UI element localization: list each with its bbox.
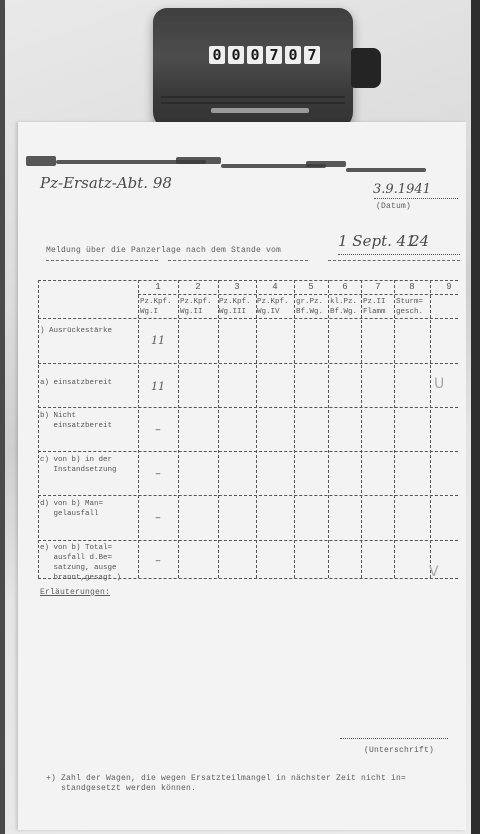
title-underline — [328, 260, 460, 261]
table-cell: – — [139, 554, 177, 567]
explanations-label: Erläuterungen: — [40, 588, 110, 597]
margin-mark: V — [429, 564, 439, 580]
table-rule — [361, 280, 362, 578]
as-of-time: 24 — [410, 232, 429, 250]
column-number: 2 — [183, 282, 213, 292]
column-number: 7 — [363, 282, 393, 292]
table-rule — [38, 280, 39, 578]
column-number: 4 — [260, 282, 290, 292]
column-number: 3 — [222, 282, 252, 292]
report-title: Meldung über die Panzerlage nach dem Sta… — [46, 246, 281, 255]
table-rule — [256, 280, 257, 578]
column-header: Pz.Kpf. Wg.IV — [257, 297, 289, 317]
column-header: Sturm= gesch. — [396, 297, 423, 317]
signature-dotted-line — [340, 738, 448, 739]
counter-digit: 0 — [209, 46, 225, 64]
table-rule — [178, 280, 179, 578]
counter-digit: 0 — [247, 46, 263, 64]
date-dotted-line — [374, 198, 458, 199]
as-of-dotted-line — [338, 254, 460, 255]
counter-digit: 0 — [228, 46, 244, 64]
table-cell: 11 — [139, 334, 177, 347]
column-header: Pz.Kpf. Wg.II — [180, 297, 212, 317]
table-rule — [38, 451, 458, 452]
table-rule — [328, 280, 329, 578]
counter-rib — [161, 96, 345, 98]
tank-status-table: 1 2 3 4 5 6 7 8 9 Pz.Kpf. Wg.I Pz.Kpf. W… — [38, 280, 458, 578]
column-header: gr.Pz. Bf.Wg. — [296, 297, 323, 317]
footnote-line-2: standgesetzt werden können. — [46, 784, 196, 793]
scan-border-left — [0, 0, 5, 834]
frame-counter-device: 0 0 0 7 0 7 — [143, 8, 361, 130]
counter-digit: 7 — [266, 46, 282, 64]
table-cell: – — [139, 467, 177, 480]
table-rule — [38, 318, 458, 319]
counter-digit: 7 — [304, 46, 320, 64]
counter-digits: 0 0 0 7 0 7 — [209, 46, 320, 64]
row-label: a) einsatzbereit — [40, 378, 112, 388]
table-rule — [38, 540, 458, 541]
title-underline — [168, 260, 308, 261]
counter-rib — [161, 102, 345, 104]
signature-label: (Unterschrift) — [364, 746, 434, 755]
footnote-line-1: +) Zahl der Wagen, die wegen Ersatzteilm… — [46, 774, 406, 783]
unit-designation: Pz-Ersatz-Abt. 98 — [40, 174, 172, 192]
table-rule — [430, 280, 431, 578]
column-number: 8 — [397, 282, 427, 292]
title-underline — [46, 260, 158, 261]
table-cell: 11 — [139, 380, 177, 393]
counter-slot — [211, 108, 309, 113]
table-rule — [38, 280, 458, 281]
table-rule — [38, 495, 458, 496]
column-header: Pz.Kpf. Wg.III — [219, 297, 251, 317]
row-label: ) Ausrückestärke — [40, 326, 112, 336]
column-number: 6 — [330, 282, 360, 292]
column-header: Pz.Kpf. Wg.I — [140, 297, 172, 317]
table-rule — [38, 363, 458, 364]
as-of-date: 1 Sept. 41 — [338, 232, 416, 250]
counter-digit: 0 — [285, 46, 301, 64]
column-number: 1 — [143, 282, 173, 292]
table-rule — [294, 280, 295, 578]
table-rule — [138, 294, 458, 295]
table-rule — [394, 280, 395, 578]
ink-smear — [26, 154, 451, 168]
row-label: e) von b) Total= ausfall d.Be= satzung, … — [40, 543, 121, 583]
counter-knob — [351, 48, 381, 88]
date-label: (Datum) — [376, 202, 411, 211]
column-header: kl.Pz. Bf.Wg. — [330, 297, 357, 317]
column-number: 5 — [296, 282, 326, 292]
table-cell: – — [139, 423, 177, 436]
column-number: 9 — [434, 282, 464, 292]
report-date: 3.9.1941 — [373, 182, 431, 197]
table-rule — [38, 407, 458, 408]
scan-border-right — [471, 0, 480, 834]
row-label: c) von b) in der Instandsetzung — [40, 455, 117, 475]
table-cell: – — [139, 511, 177, 524]
column-header: Pz.II Flamm — [363, 297, 386, 317]
row-label: d) von b) Man= gelausfall — [40, 499, 103, 519]
row-label: b) Nicht einsatzbereit — [40, 411, 112, 431]
table-rule — [218, 280, 219, 578]
margin-mark: U — [434, 376, 444, 392]
report-form: Pz-Ersatz-Abt. 98 3.9.1941 (Datum) Meldu… — [18, 122, 466, 830]
